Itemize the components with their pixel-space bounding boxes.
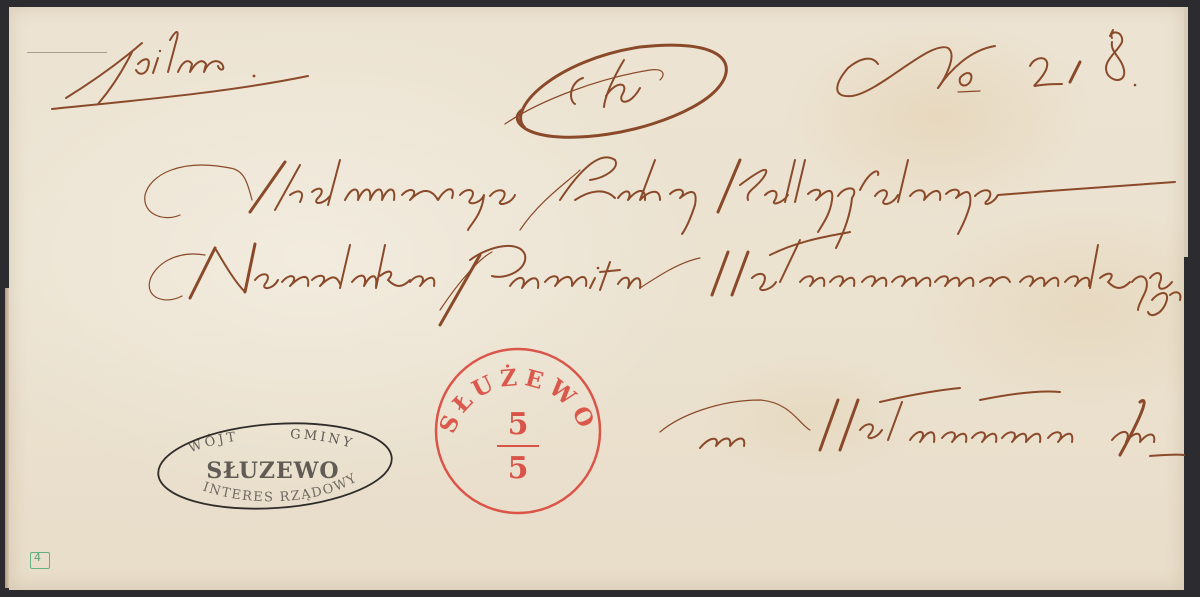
svg-text:GMINY: GMINY (290, 427, 356, 452)
address-line-3: w Włocławku (700, 400, 969, 446)
circled-mark-text: Ck (575, 70, 622, 110)
postmark-day: 5 (508, 407, 529, 442)
cachet-middle: SŁUZEWO (206, 458, 339, 484)
official-cachet: WÓJT GMINY SŁUZEWO INTERES RZĄDOWY (155, 418, 395, 514)
urgency-note: pilno. (66, 50, 162, 90)
postmark-month: 5 (508, 451, 529, 486)
number-label: No (905, 45, 961, 89)
number-value: 218 (1020, 45, 1093, 89)
address-line-2: Naczelnika Powiatu Włocławskiego (150, 250, 866, 296)
collector-mark: 4 (30, 552, 50, 569)
address-line-1: Wielmożnego Radcy Kollegialnego (150, 165, 849, 211)
cachet-top-right: GMINY (290, 427, 356, 452)
collector-mark-text: 4 (34, 551, 41, 564)
postmark-stamp: SŁUŻEWO 5 5 (431, 344, 605, 518)
